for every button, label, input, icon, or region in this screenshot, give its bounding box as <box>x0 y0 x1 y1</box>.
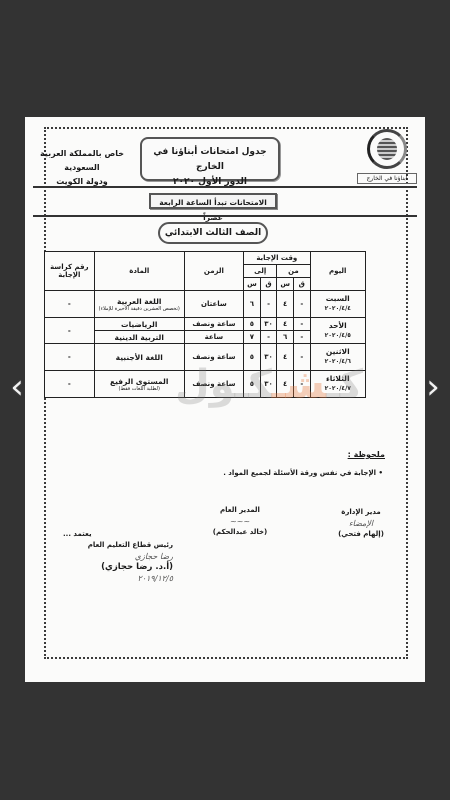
divider <box>33 186 417 188</box>
chevron-left-icon: ‹ <box>10 367 24 407</box>
signature-scrawl: ~~~ <box>200 516 280 527</box>
divider <box>33 215 417 217</box>
region-label: خاص بالمملكة العربية السعودية ودولة الكو… <box>37 147 127 189</box>
signature-sector-head: يعتمد ... رئيس قطاع التعليم العام رضا حج… <box>53 529 173 584</box>
logo-caption: أبناؤنا في الخارج <box>357 173 417 184</box>
signature-general-manager: المدير العام ~~~ (خالد عبدالحكم) <box>200 505 280 538</box>
col-day: اليوم <box>310 252 365 291</box>
table-row: الاثنين٢٠٢٠/٤/٦ - ٤ ٣٠ ٥ ساعة ونصف اللغة… <box>45 344 366 371</box>
notes-item: • الإجابة في نفس ورقة الأسئلة لجميع المو… <box>223 469 383 477</box>
col-to: إلى <box>244 265 277 278</box>
grade-label: الصف الثالث الابتدائي <box>158 222 268 244</box>
exam-schedule-table: اليوم وقت الإجابة الزمن المادة رقم كراسة… <box>44 251 366 398</box>
start-time-notice: الامتحانات تبدأ الساعة الرابعة عصراً <box>149 193 277 209</box>
table-row: السبت٢٠٢٠/٤/٤ - ٤ - ٦ ساعتان اللغة العرب… <box>45 291 366 318</box>
document-title: جدول امتحانات أبناؤنا في الخارج <box>142 145 278 175</box>
signature-scrawl: الإمضاء <box>331 518 391 529</box>
col-answer-time: وقت الإجابة <box>244 252 310 265</box>
chevron-right-icon: › <box>426 367 440 407</box>
col-subject: المادة <box>94 252 184 291</box>
signature-scrawl: رضا حجازي <box>53 551 173 562</box>
signature-admin-director: مدير الإدارة الإمضاء (إلهام فتحي) <box>331 507 391 540</box>
table-row: الثلاثاء٢٠٢٠/٤/٧ - ٤ ٣٠ ٥ ساعة ونصف المس… <box>45 371 366 398</box>
ministry-logo-block: أبناؤنا في الخارج <box>357 129 417 184</box>
notes-heading: ملحوظة : <box>348 450 385 459</box>
signature-date: ٢٠١٩/١٢/٥ <box>53 573 173 584</box>
document-page: أبناؤنا في الخارج جدول امتحانات أبناؤنا … <box>25 117 425 682</box>
ministry-logo-icon <box>367 129 407 169</box>
col-duration: الزمن <box>184 252 243 291</box>
next-page-button[interactable]: › <box>422 367 444 407</box>
table-row: الأحد٢٠٢٠/٤/٥ - ٤ ٣٠ ٥ ساعة ونصف الرياضي… <box>45 318 366 331</box>
col-from: من <box>277 265 310 278</box>
document-title-box: جدول امتحانات أبناؤنا في الخارج الدور ال… <box>140 137 280 181</box>
col-booklet: رقم كراسة الإجابة <box>45 252 95 291</box>
